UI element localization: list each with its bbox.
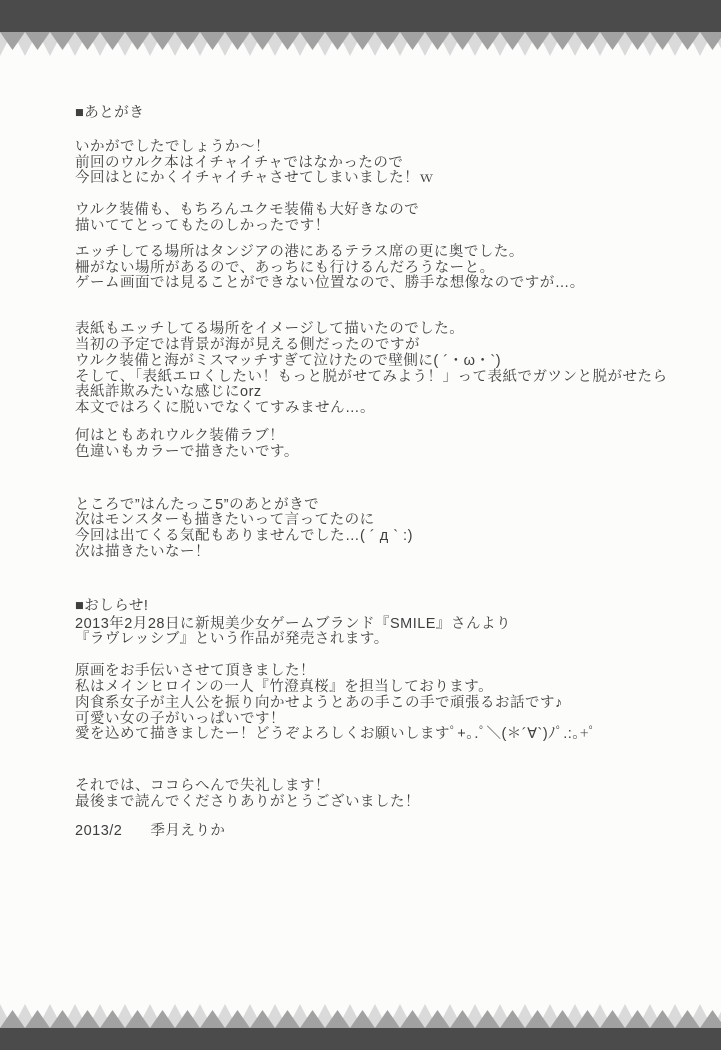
doujin-afterword-page: ■あとがき いかがでしたでしょうか～！ 前回のウルク本はイチャイチャではなかった… [0,0,721,1050]
announcement-heading: ■おしらせ! [75,599,683,615]
paragraph-location: エッチしてる場所はタンジアの港にあるテラス席の更に奥でした。 柵がない場所がある… [75,245,683,292]
afterword-heading: ■あとがき [75,106,683,122]
signature-date: 2013/2 [75,823,122,839]
announcement-artwork: 原画をお手伝いさせて頂きました！ 私はメインヒロインの一人『竹澄真桜』を担当して… [75,664,683,743]
decorative-border-bottom [0,1002,721,1050]
paragraph-cover: 表紙もエッチしてる場所をイメージして描いたのでした。 当初の予定では背景が海が見… [75,322,683,417]
paragraph-monster: ところで”はんたっこ5”のあとがきで 次はモンスターも描きたいって言ってたのに … [75,498,683,561]
paragraph-equipment: ウルク装備も、もちろんユクモ装備も大好きなので 描いててとってもたのしかったです… [75,203,683,235]
paragraph-intro: いかがでしたでしょうか～！ 前回のウルク本はイチャイチャではなかったので 今回は… [75,140,683,187]
closing-text: それでは、ココらへんで失礼します！ 最後まで読んでくださりありがとうございました… [75,779,683,811]
decorative-border-top [0,0,721,58]
signature-line: 2013/2季月えりか [75,824,683,840]
border-dark-band-bottom [0,1028,721,1050]
signature-author: 季月えりか [150,823,225,839]
zigzag-pattern-top [0,32,721,58]
zigzag-pattern-bottom [0,1002,721,1028]
announcement-release: 2013年2月28日に新規美少女ゲームブランド『SMILE』さんより 『ラヴレッ… [75,617,683,649]
border-dark-band-top [0,0,721,32]
paragraph-love: 何はともあれウルク装備ラブ！ 色違いもカラーで描きたいです。 [75,429,683,461]
afterword-content: ■あとがき いかがでしたでしょうか～！ 前回のウルク本はイチャイチャではなかった… [75,106,683,840]
